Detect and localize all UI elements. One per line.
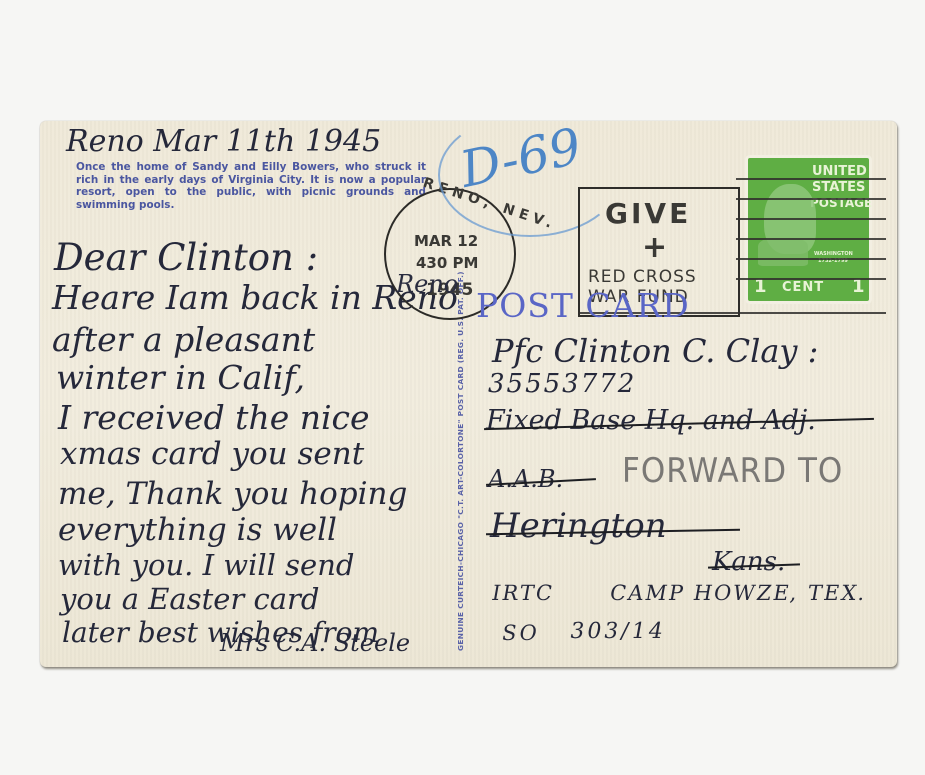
message-line: Dear Clinton :: [54, 239, 318, 276]
portrait-bust: [758, 238, 808, 266]
postcard-back: Reno Mar 11th 1945 Once the home of Sand…: [40, 121, 897, 667]
message-line: after a pleasant: [52, 323, 315, 356]
message-line: with you. I will send: [58, 551, 354, 580]
postmark-date: MAR 12: [414, 232, 478, 250]
divider-imprint: GENUINE CURTEICH-CHICAGO "C.T. ART-COLOR…: [456, 271, 465, 651]
message-line: xmas card you sent: [60, 439, 364, 470]
stamp-text-united: UNITED: [812, 164, 867, 179]
postmark-handwritten-reno: Reno: [396, 272, 458, 296]
address-city-struck: Herington: [490, 509, 667, 543]
signature: Mrs C.A. Steele: [220, 631, 410, 655]
address-base-struck: A.A.B.: [488, 467, 563, 491]
cancel-bar: [736, 238, 886, 240]
cancel-bar: [736, 218, 886, 220]
message-line: me, Thank you hoping: [58, 479, 407, 510]
stamp-portrait-name: WASHINGTON: [814, 251, 853, 257]
red-cross-icon: +: [642, 233, 667, 263]
forward-address-so: SO: [500, 623, 541, 644]
message-line: everything is well: [58, 515, 337, 546]
cancel-bar: [736, 178, 886, 180]
cancel-bar: [736, 278, 886, 280]
address-recipient: Pfc Clinton C. Clay :: [492, 335, 818, 367]
stamp-text-states: STATES: [812, 180, 865, 195]
address-serial-number: 35553772: [488, 371, 636, 397]
message-line: I received the nice: [58, 401, 370, 434]
handwritten-place-date: Reno Mar 11th 1945: [66, 127, 381, 157]
forward-address-unit: IRTC: [490, 583, 556, 604]
stamp-denomination: CENT: [782, 280, 824, 295]
address-state-struck: Kans.: [712, 549, 785, 575]
message-line: you a Easter card: [60, 585, 319, 614]
postcard-title: POST CARD: [476, 286, 690, 325]
slogan-red-cross: RED CROSS: [588, 267, 697, 287]
forward-address-order: 303/14: [568, 621, 667, 643]
slogan-give: GIVE: [605, 197, 691, 230]
message-line: winter in Calif,: [56, 361, 305, 394]
printed-caption: Once the home of Sandy and Eilly Bowers,…: [76, 161, 426, 211]
forward-address-camp: CAMP HOWZE, TEX.: [608, 583, 869, 604]
cancel-bar: [736, 198, 886, 200]
cancel-bar: [736, 258, 886, 260]
forward-to-stamp: FORWARD TO: [622, 451, 843, 491]
